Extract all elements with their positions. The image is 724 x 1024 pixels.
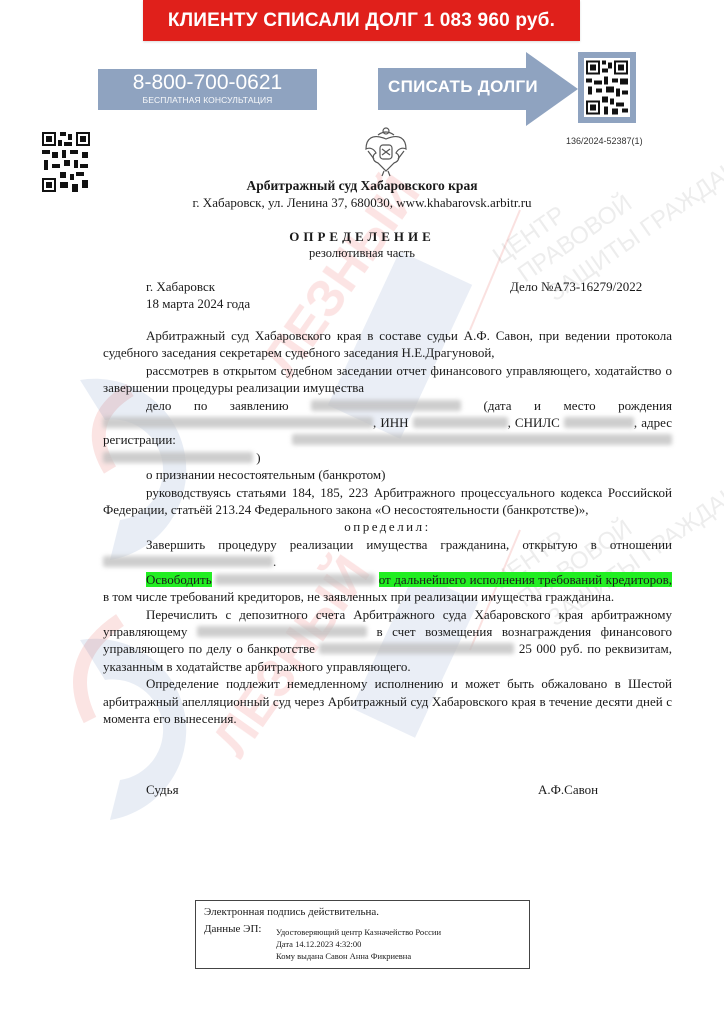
phone-number: 8-800-700-0621: [98, 71, 317, 95]
document-body: Арбитражный суд Хабаровского края в сост…: [103, 327, 672, 727]
esign-date: Дата 14.12.2023 4:32:00: [276, 938, 441, 950]
redacted-address: [292, 434, 672, 445]
signature-name: А.Ф.Савон: [538, 782, 598, 798]
cta-label: СПИСАТЬ ДОЛГИ: [378, 77, 548, 97]
qr-code-icon: [584, 58, 630, 117]
esign-label: Данные ЭП:: [204, 923, 261, 935]
redacted-debtor-name: [103, 556, 273, 567]
redacted-manager-name: [197, 626, 367, 637]
paragraph-transfer: Перечислить с депозитного счета Арбитраж…: [103, 606, 672, 676]
case-number: Дело №А73-16279/2022: [510, 279, 642, 295]
redacted-debtor-name: [319, 643, 514, 654]
esign-issued-to: Кому выдана Савон Анна Фикриевна: [276, 950, 441, 962]
highlight-release: Освободить: [146, 572, 212, 587]
court-name: Арбитражный суд Хабаровского края: [0, 178, 724, 194]
redacted-debtor-name: [215, 574, 375, 585]
document-date: 18 марта 2024 года: [146, 296, 250, 312]
redacted-address-cont: [103, 452, 253, 463]
court-address: г. Хабаровск, ул. Ленина 37, 680030, www…: [0, 195, 724, 211]
paragraph-case: дело по заявлению (дата и место рождения…: [103, 397, 672, 467]
esign-issuer: Удостоверяющий центр Казначейство России: [276, 926, 441, 938]
redacted-debtor-name: [311, 400, 461, 411]
paragraph-reviewed: рассмотрев в открытом судебном заседании…: [103, 362, 672, 397]
redacted-snils: [564, 417, 634, 428]
paragraph-legal-basis: руководствуясь статьями 184, 185, 223 Ар…: [103, 484, 672, 519]
promo-banner[interactable]: КЛИЕНТУ СПИСАЛИ ДОЛГ 1 083 960 руб.: [143, 0, 580, 41]
paragraph-complete-procedure: Завершить процедуру реализации имущества…: [103, 536, 672, 571]
document-code: 136/2024-52387(1): [566, 136, 643, 146]
paragraph-release: Освободить от дальнейшего исполнения тре…: [103, 571, 672, 606]
electronic-signature-stamp: Электронная подпись действительна. Данны…: [195, 900, 530, 969]
document-subtitle: резолютивная часть: [0, 246, 724, 261]
highlight-release-from-claims: от дальнейшего исполнения требований кре…: [379, 572, 672, 587]
decided-heading: определил:: [103, 518, 672, 535]
redacted-inn: [413, 417, 508, 428]
redacted-birth-data: [103, 417, 373, 428]
phone-caption: БЕСПЛАТНАЯ КОНСУЛЬТАЦИЯ: [98, 95, 317, 106]
russian-coat-of-arms-icon: [362, 125, 410, 177]
esign-details: Удостоверяющий центр Казначейство России…: [276, 926, 441, 962]
phone-button[interactable]: 8-800-700-0621 БЕСПЛАТНАЯ КОНСУЛЬТАЦИЯ: [98, 69, 317, 110]
signature-label: Судья: [146, 782, 179, 798]
paragraph-court-composition: Арбитражный суд Хабаровского края в сост…: [103, 327, 672, 362]
promo-qr-code[interactable]: [578, 52, 636, 123]
document-title: ОПРЕДЕЛЕНИЕ: [0, 229, 724, 245]
write-off-debts-button[interactable]: СПИСАТЬ ДОЛГИ: [378, 52, 578, 126]
city: г. Хабаровск: [146, 279, 215, 295]
esign-valid: Электронная подпись действительна.: [204, 906, 379, 918]
paragraph-appeal: Определение подлежит немедленному исполн…: [103, 675, 672, 727]
paragraph-bankruptcy: о признании несостоятельным (банкротом): [103, 466, 672, 483]
